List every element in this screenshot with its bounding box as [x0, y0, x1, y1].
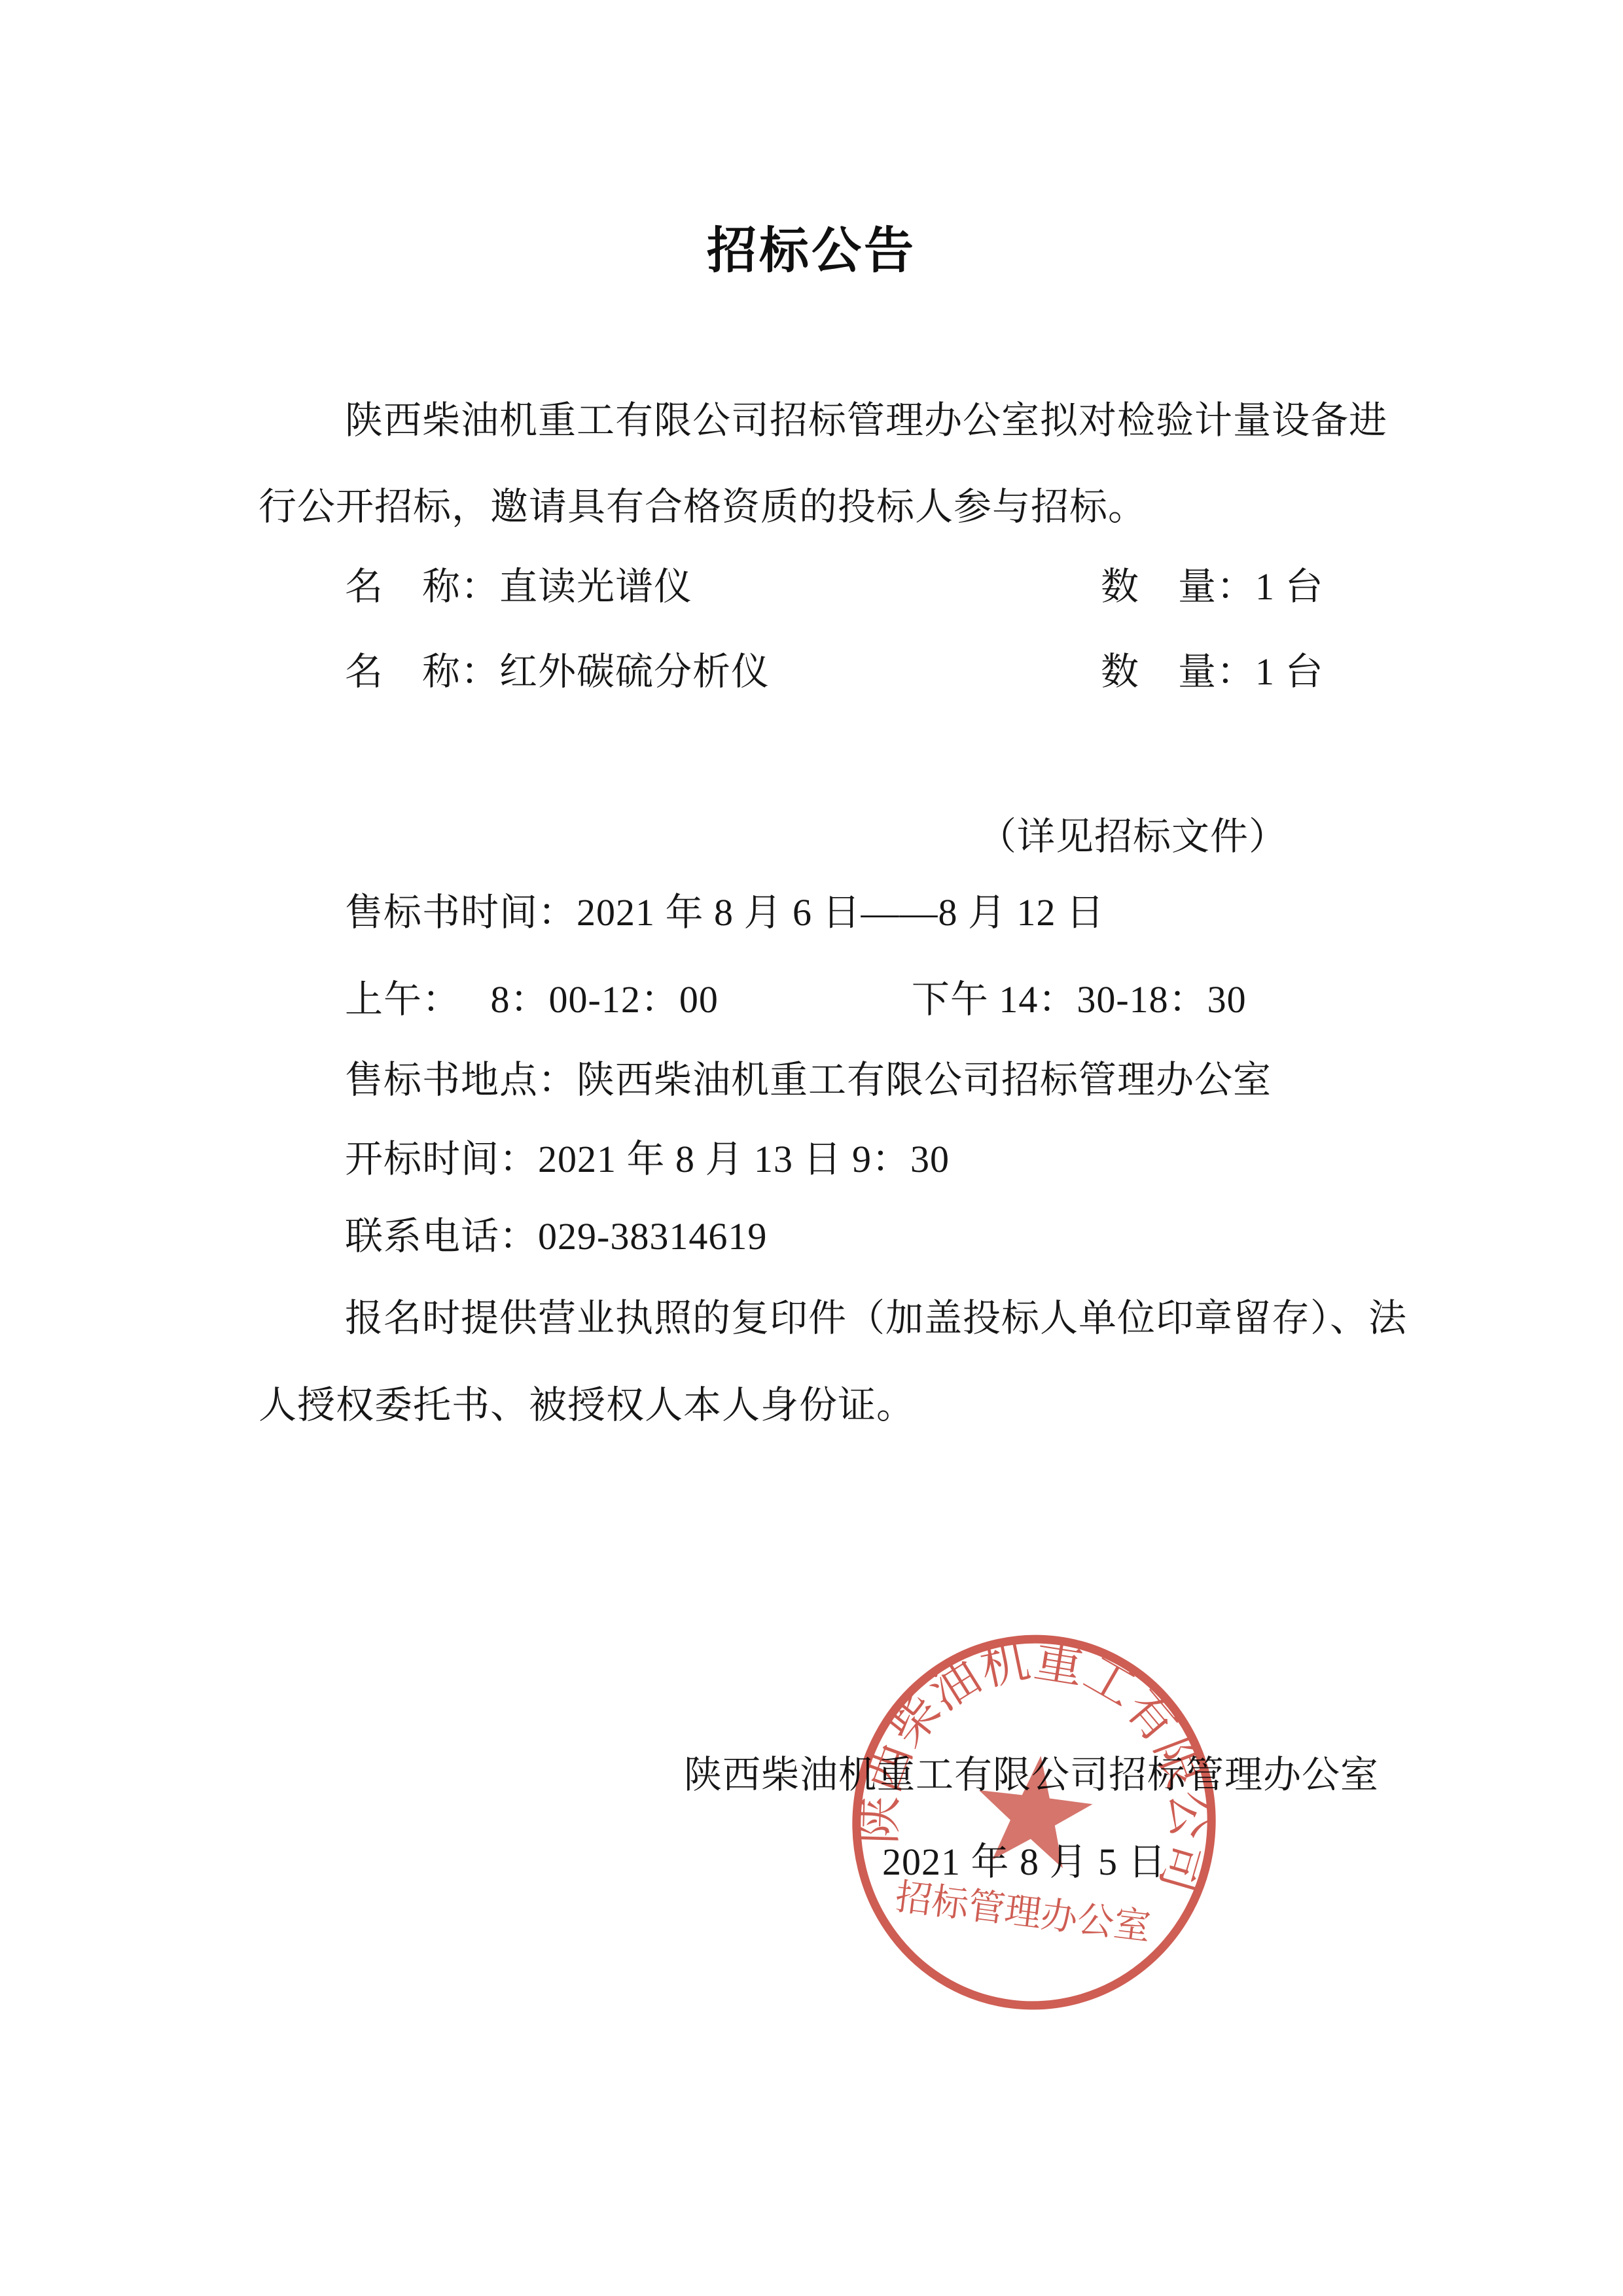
item-name-value: 直读光谱仪	[499, 565, 692, 608]
signature-date: 2021 年 8 月 5 日	[882, 1841, 1167, 1884]
page-title: 招标公告	[0, 211, 1623, 282]
seal-ring	[838, 1619, 1230, 2026]
item-qty-value: 1 台	[1255, 650, 1324, 693]
tender-announcement-page: 招标公告 陕西柴油机重工有限公司招标管理办公室拟对检验计量设备进 行公开招标，邀…	[0, 0, 1623, 2296]
item-name: 名 称：直读光谱仪	[345, 565, 692, 609]
item-name: 名 称：红外碳硫分析仪	[345, 650, 770, 694]
bid-doc-sale-place: 售标书地点：陕西柴油机重工有限公司招标管理办公室	[345, 1059, 1272, 1103]
seal-bottom-text: 招标管理办公室	[893, 1877, 1153, 1948]
bid-doc-sale-time: 售标书时间：2021 年 8 月 6 日——8 月 12 日	[345, 891, 1105, 935]
official-seal: 陕西柴油机重工有限公司 招标管理办公室	[838, 1617, 1230, 2026]
business-hours: 上午： 8：00-12：00 下午 14：30-18：30	[345, 978, 1247, 1022]
item-qty-label: 数 量：	[1101, 565, 1255, 608]
item-name-value: 红外碳硫分析仪	[499, 650, 770, 693]
contact-phone: 联系电话：029-38314619	[345, 1215, 767, 1259]
item-qty-value: 1 台	[1255, 565, 1324, 608]
paragraph1-line1: 陕西柴油机重工有限公司招标管理办公室拟对检验计量设备进	[345, 399, 1387, 443]
bid-opening-time: 开标时间：2021 年 8 月 13 日 9：30	[345, 1138, 950, 1182]
paragraph1-line2: 行公开招标，邀请具有合格资质的投标人参与招标。	[259, 486, 1147, 529]
paragraph2-line2: 人授权委托书、被授权人本人身份证。	[259, 1384, 915, 1428]
item-name-label: 名 称：	[345, 650, 499, 693]
item-quantity: 数 量：1 台	[1101, 650, 1324, 694]
item-quantity: 数 量：1 台	[1101, 565, 1324, 609]
signature-org: 陕西柴油机重工有限公司招标管理办公室	[684, 1754, 1379, 1797]
item-qty-label: 数 量：	[1101, 650, 1255, 693]
item-name-label: 名 称：	[345, 565, 499, 608]
item-row: 名 称：红外碳硫分析仪 数 量：1 台	[0, 650, 1623, 825]
paragraph2-line1: 报名时提供营业执照的复印件（加盖投标人单位印章留存）、法	[345, 1297, 1407, 1341]
see-tender-docs-note: （详见招标文件）	[978, 815, 1287, 859]
